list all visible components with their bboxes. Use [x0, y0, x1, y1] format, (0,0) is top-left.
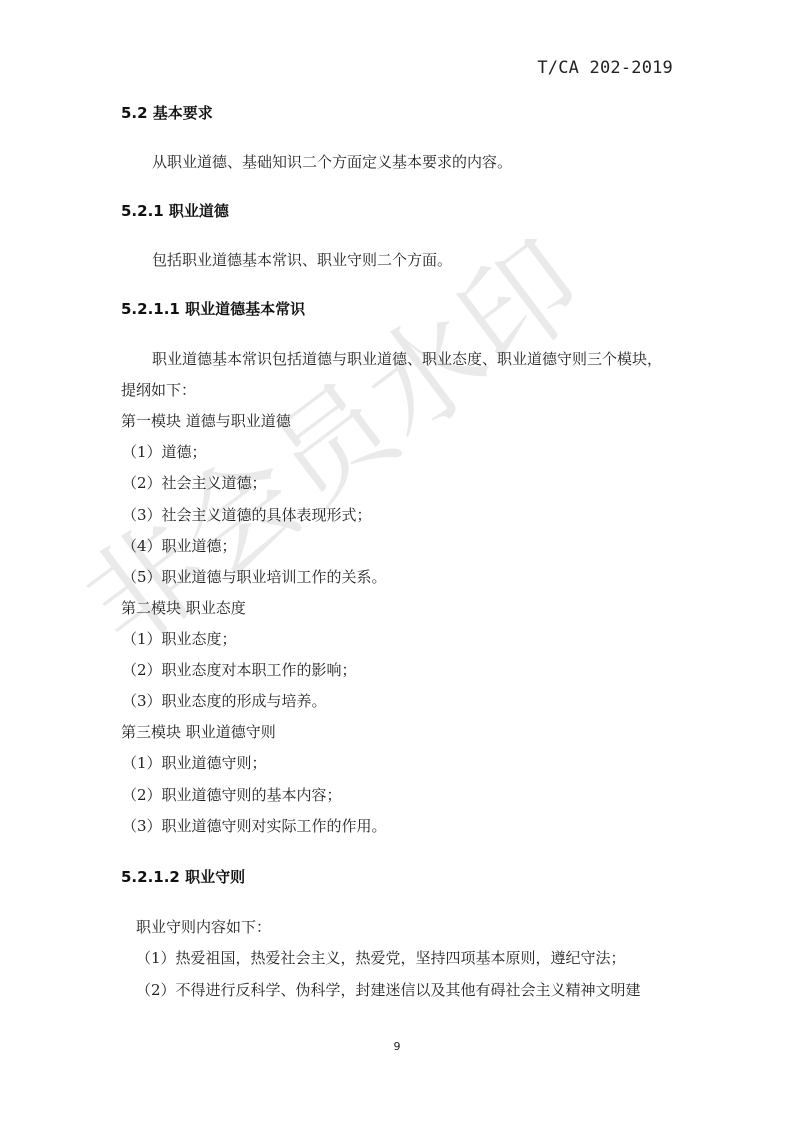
module-title: 第一模块 道德与职业道德 [121, 411, 291, 431]
heading-5-2-1: 5.2.1 职业道德 [121, 201, 229, 221]
list-item: （4）职业道德； [122, 536, 237, 556]
list-item: （1）职业道德守则； [122, 753, 267, 773]
heading-5-2-1-1: 5.2.1.1 职业道德基本常识 [121, 299, 305, 319]
page-number: 9 [0, 1040, 794, 1053]
paragraph-5-2-1-2-intro: 职业守则内容如下： [136, 917, 271, 937]
list-item: （2）社会主义道德； [122, 473, 267, 493]
list-item: （3）职业道德守则对实际工作的作用。 [122, 816, 387, 836]
list-item: （3）社会主义道德的具体表现形式； [122, 505, 372, 525]
list-item: （1）职业态度； [122, 629, 237, 649]
list-item: （1）热爱祖国，热爱社会主义，热爱党，坚持四项基本原则，遵纪守法； [136, 948, 626, 968]
list-item: （3）职业态度的形成与培养。 [122, 691, 327, 711]
paragraph-5-2-1-1-line2: 提纲如下： [121, 380, 196, 400]
module-title: 第二模块 职业态度 [121, 598, 246, 618]
list-item: （2）职业道德守则的基本内容； [122, 785, 342, 805]
module-title: 第三模块 职业道德守则 [121, 722, 276, 742]
paragraph-5-2-1-1-line1: 职业道德基本常识包括道德与职业道德、职业态度、职业道德守则三个模块， [152, 349, 662, 369]
list-item: （1）道德； [122, 442, 207, 462]
paragraph-5-2-1: 包括职业道德基本常识、职业守则二个方面。 [152, 250, 452, 270]
document-page: 非会员水印 T/CA 202-2019 5.2 基本要求 从职业道德、基础知识二… [0, 0, 794, 1123]
list-item: （5）职业道德与职业培训工作的关系。 [122, 567, 387, 587]
paragraph-5-2: 从职业道德、基础知识二个方面定义基本要求的内容。 [152, 152, 512, 172]
standard-code-header: T/CA 202-2019 [537, 58, 673, 78]
list-item: （2）职业态度对本职工作的影响； [122, 660, 357, 680]
list-item: （2）不得进行反科学、伪科学，封建迷信以及其他有碍社会主义精神文明建 [136, 980, 641, 1000]
heading-5-2: 5.2 基本要求 [121, 103, 213, 123]
heading-5-2-1-2: 5.2.1.2 职业守则 [121, 867, 245, 887]
